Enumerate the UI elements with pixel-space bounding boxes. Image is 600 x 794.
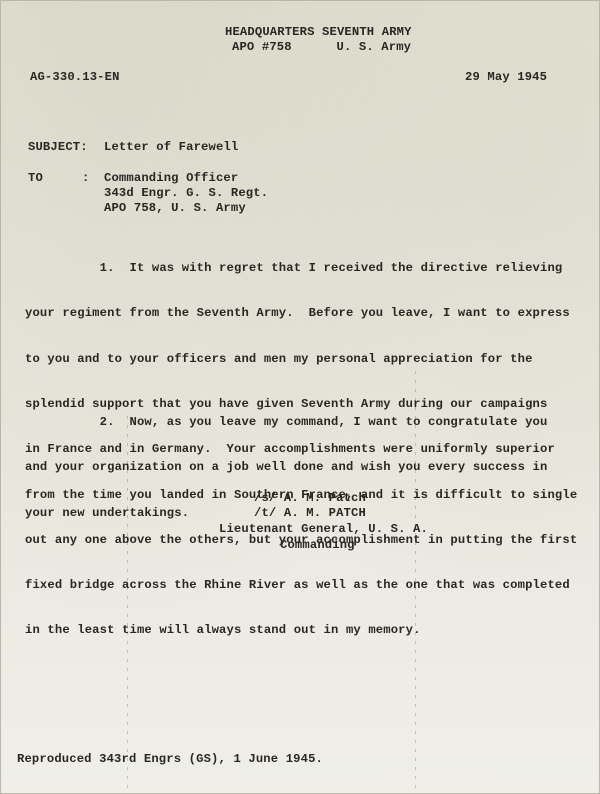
to-label: TO	[28, 171, 43, 185]
body-line: fixed bridge across the Rhine River as w…	[25, 578, 577, 593]
addressee-line: 343d Engr. G. S. Regt.	[104, 186, 268, 200]
body-line: and your organization on a job well done…	[25, 460, 547, 475]
to-colon: :	[82, 171, 89, 185]
body-line: 1. It was with regret that I received th…	[25, 261, 577, 276]
letter-page: HEADQUARTERS SEVENTH ARMY APO #758 U. S.…	[0, 0, 600, 794]
addressee-line: Commanding Officer	[104, 171, 238, 185]
body-line: to you and to your officers and men my p…	[25, 352, 577, 367]
body-line: 2. Now, as you leave my command, I want …	[25, 415, 547, 430]
signature-signed: /s/ A. M. Patch	[254, 491, 366, 505]
reproduction-note: Reproduced 343rd Engrs (GS), 1 June 1945…	[17, 752, 323, 766]
subject-value: Letter of Farewell	[104, 140, 238, 154]
reference-number: AG-330.13-EN	[30, 70, 120, 84]
signature-rank: Lieutenant General, U. S. A.	[219, 522, 428, 536]
body-line: in the least time will always stand out …	[25, 623, 577, 638]
body-line: your regiment from the Seventh Army. Bef…	[25, 306, 577, 321]
signature-title: Commanding	[280, 538, 355, 552]
addressee-line: APO 758, U. S. Army	[104, 201, 246, 215]
signature-typed: /t/ A. M. PATCH	[254, 506, 366, 520]
letterhead-apo: APO #758 U. S. Army	[232, 40, 411, 54]
subject-label: SUBJECT:	[28, 140, 88, 154]
letterhead-title: HEADQUARTERS SEVENTH ARMY	[225, 25, 412, 39]
letter-date: 29 May 1945	[465, 70, 547, 84]
